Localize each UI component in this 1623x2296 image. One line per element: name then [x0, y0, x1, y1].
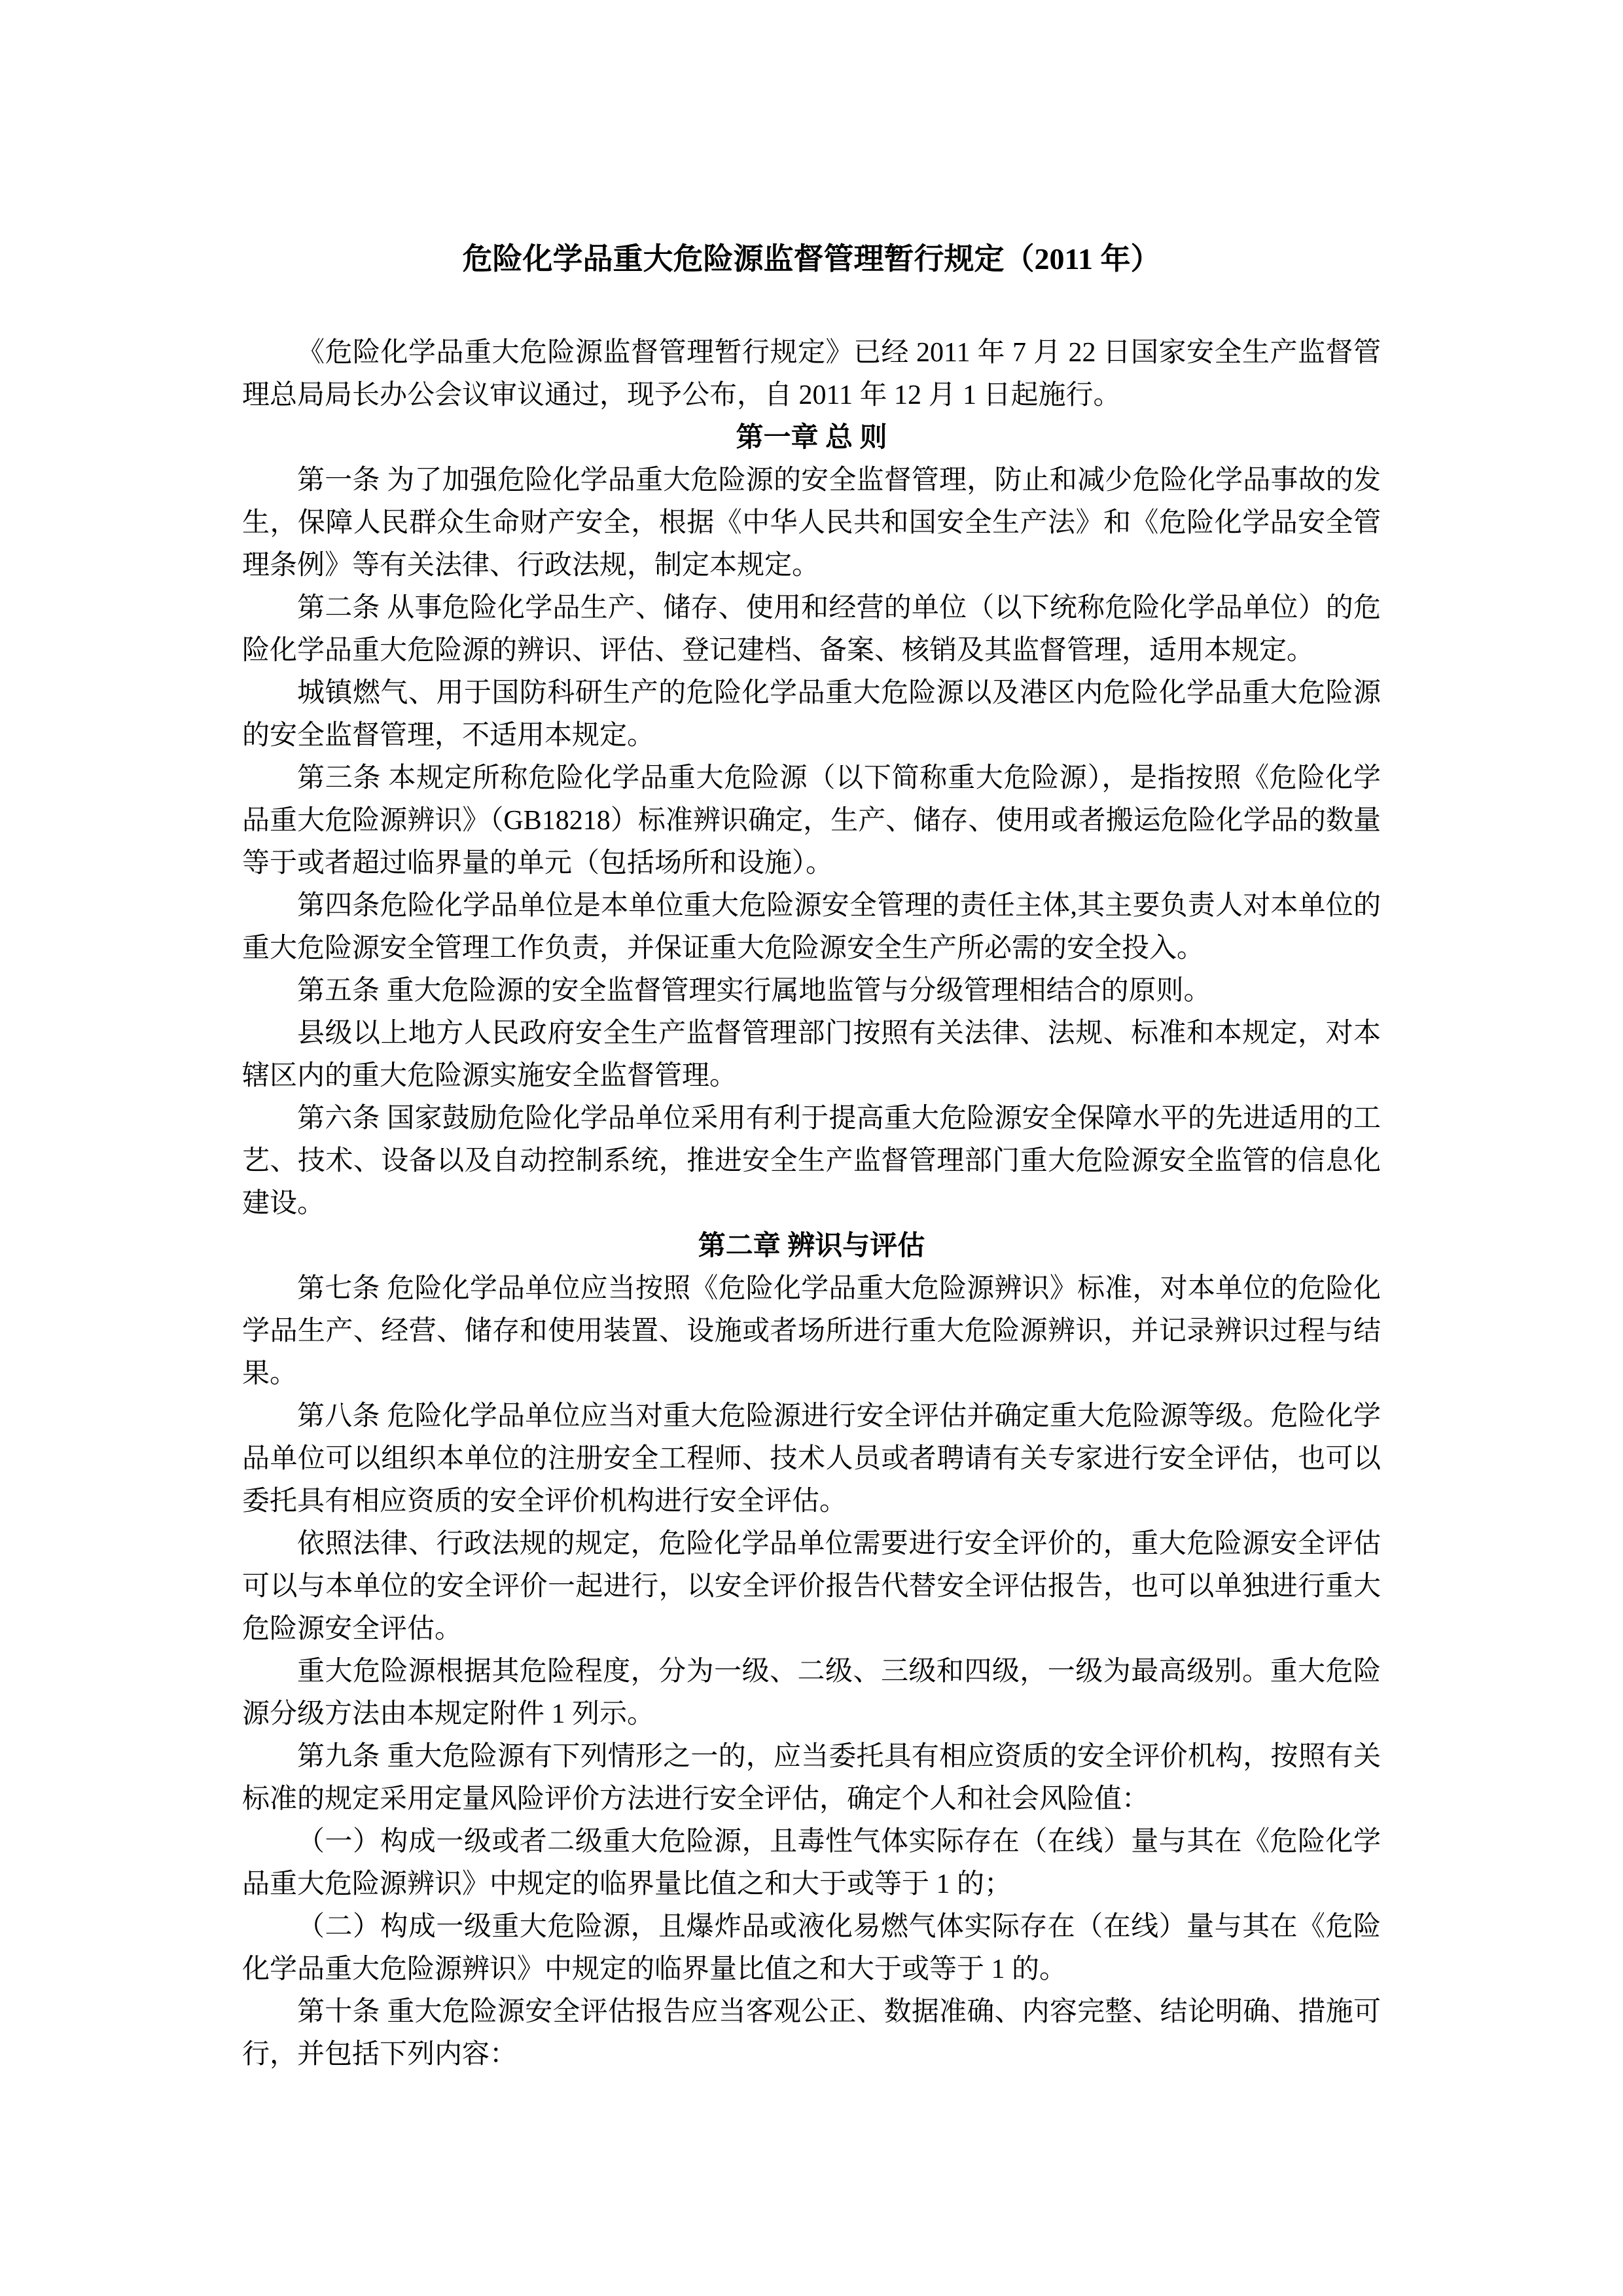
paragraph: 城镇燃气、用于国防科研生产的危险化学品重大危险源以及港区内危险化学品重大危险源的… [242, 672, 1381, 757]
paragraph: 第六条 国家鼓励危险化学品单位采用有利于提高重大危险源安全保障水平的先进适用的工… [242, 1098, 1381, 1225]
paragraph: 第四条危险化学品单位是本单位重大危险源安全管理的责任主体,其主要负责人对本单位的… [242, 885, 1381, 970]
paragraph: 重大危险源根据其危险程度，分为一级、二级、三级和四级，一级为最高级别。重大危险源… [242, 1651, 1381, 1736]
paragraph: （一）构成一级或者二级重大危险源，且毒性气体实际存在（在线）量与其在《危险化学品… [242, 1821, 1381, 1906]
paragraph: 第九条 重大危险源有下列情形之一的，应当委托具有相应资质的安全评价机构，按照有关… [242, 1736, 1381, 1821]
chapter-heading: 第二章 辨识与评估 [242, 1225, 1381, 1268]
paragraph: 第七条 危险化学品单位应当按照《危险化学品重大危险源辨识》标准，对本单位的危险化… [242, 1268, 1381, 1395]
paragraph: 第八条 危险化学品单位应当对重大危险源进行安全评估并确定重大危险源等级。危险化学… [242, 1395, 1381, 1523]
paragraph: 县级以上地方人民政府安全生产监督管理部门按照有关法律、法规、标准和本规定，对本辖… [242, 1013, 1381, 1098]
paragraph: 第三条 本规定所称危险化学品重大危险源（以下简称重大危险源），是指按照《危险化学… [242, 757, 1381, 885]
chapter-heading: 第一章 总 则 [242, 417, 1381, 459]
document-page: 危险化学品重大危险源监督管理暂行规定（2011 年） 《危险化学品重大危险源监督… [0, 0, 1623, 2296]
paragraph: （二）构成一级重大危险源，且爆炸品或液化易燃气体实际存在（在线）量与其在《危险化… [242, 1906, 1381, 1991]
document-title: 危险化学品重大危险源监督管理暂行规定（2011 年） [242, 236, 1381, 283]
paragraph: 第十条 重大危险源安全评估报告应当客观公正、数据准确、内容完整、结论明确、措施可… [242, 1991, 1381, 2076]
paragraph: 《危险化学品重大危险源监督管理暂行规定》已经 2011 年 7 月 22 日国家… [242, 332, 1381, 417]
document-content: 危险化学品重大危险源监督管理暂行规定（2011 年） 《危险化学品重大危险源监督… [0, 236, 1623, 2076]
paragraph: 第五条 重大危险源的安全监督管理实行属地监管与分级管理相结合的原则。 [242, 970, 1381, 1013]
document-body: 《危险化学品重大危险源监督管理暂行规定》已经 2011 年 7 月 22 日国家… [242, 332, 1381, 2076]
paragraph: 第一条 为了加强危险化学品重大危险源的安全监督管理，防止和减少危险化学品事故的发… [242, 459, 1381, 587]
paragraph: 依照法律、行政法规的规定，危险化学品单位需要进行安全评价的，重大危险源安全评估可… [242, 1523, 1381, 1651]
paragraph: 第二条 从事危险化学品生产、储存、使用和经营的单位（以下统称危险化学品单位）的危… [242, 587, 1381, 672]
